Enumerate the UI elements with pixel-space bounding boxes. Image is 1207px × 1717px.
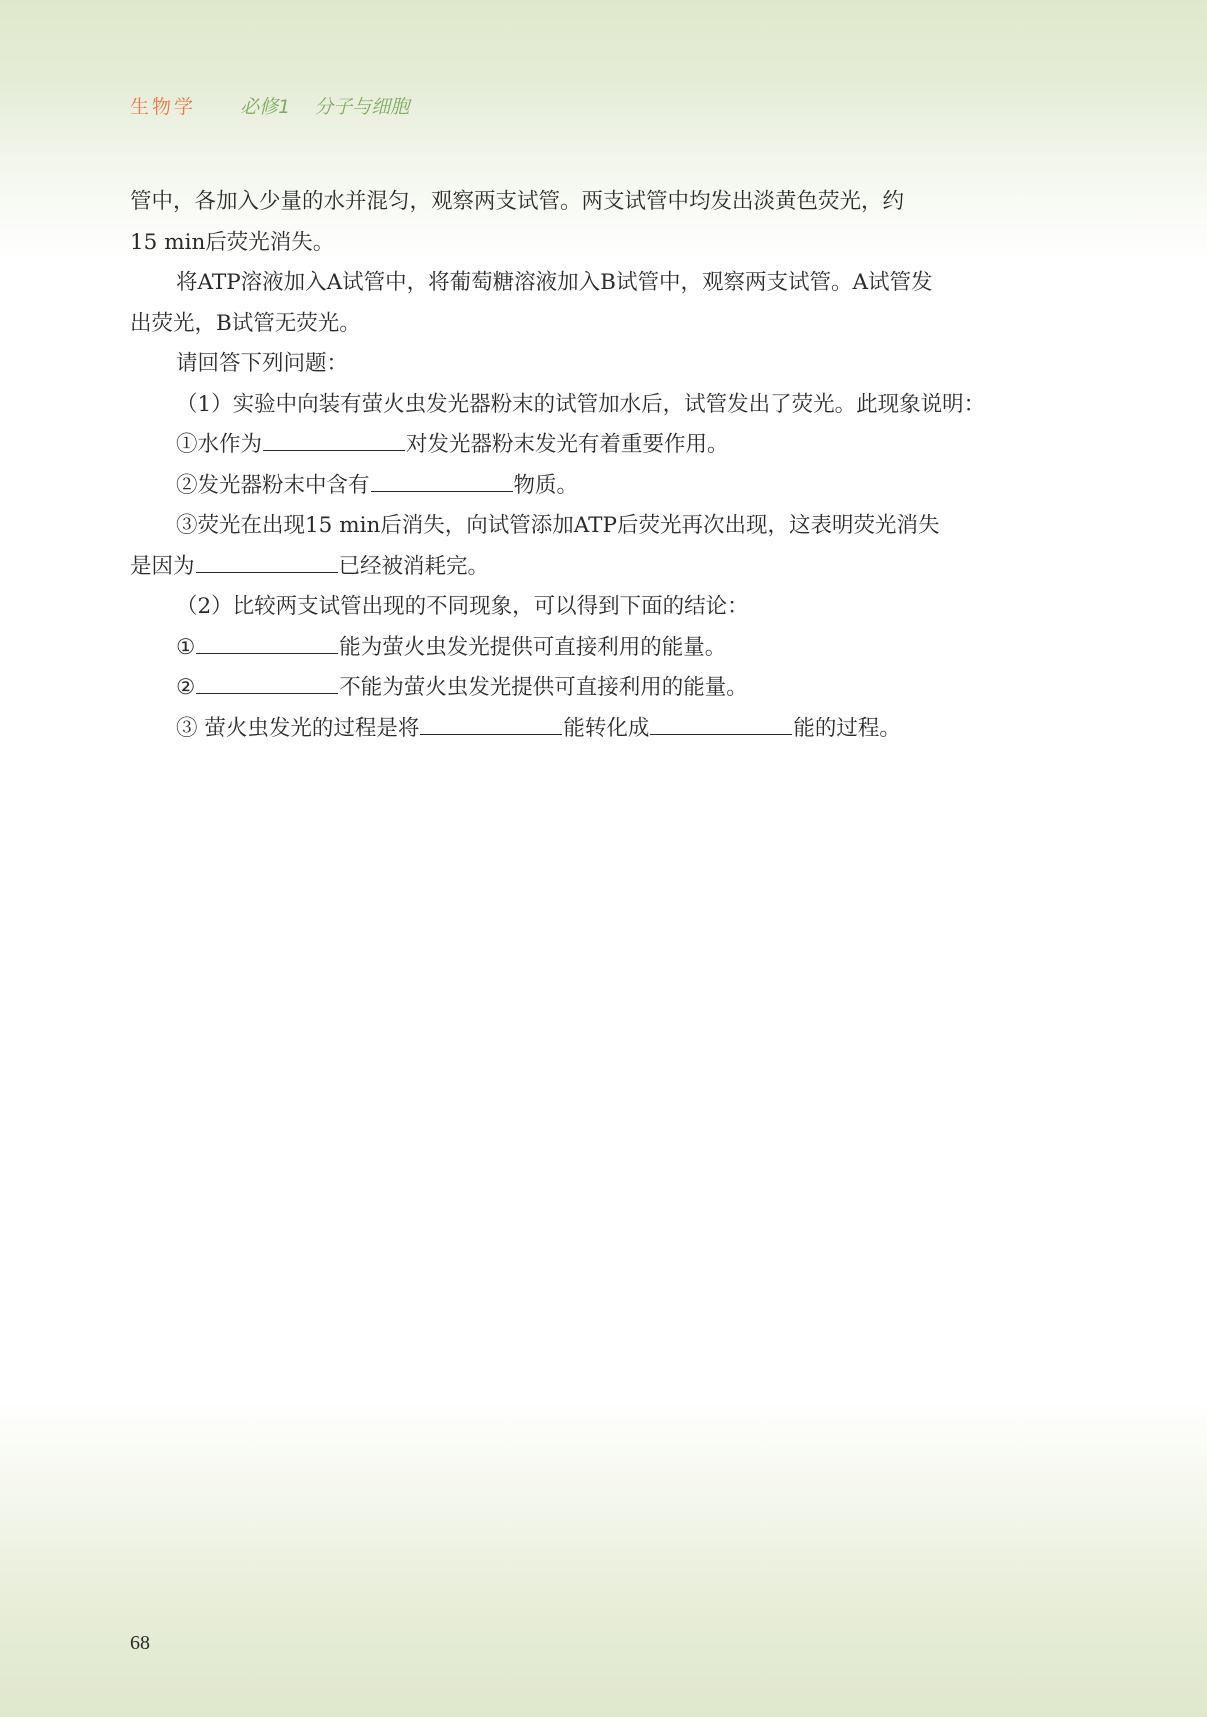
answer-blank[interactable] <box>196 550 338 573</box>
item-text: ② <box>176 675 195 700</box>
answer-blank[interactable] <box>196 671 338 694</box>
page-body: 管中，各加入少量的水并混匀，观察两支试管。两支试管中均发出淡黄色荧光，约 15 … <box>130 182 1038 749</box>
item-text: ① <box>176 635 195 660</box>
item-text: ①水作为 <box>176 432 262 457</box>
question-2-item-2: ②不能为萤火虫发光提供可直接利用的能量。 <box>130 668 1038 709</box>
question-2-item-3: ③ 萤火虫发光的过程是将能转化成能的过程。 <box>130 709 1038 750</box>
question-1: （1）实验中向装有萤火虫发光器粉末的试管加水后，试管发出了荧光。此现象说明： <box>130 385 1038 426</box>
answer-blank[interactable] <box>650 712 792 735</box>
item-text: 是因为 <box>130 554 195 579</box>
question-1-item-2: ②发光器粉末中含有物质。 <box>130 466 1038 507</box>
item-text: ③ 萤火虫发光的过程是将 <box>176 716 419 741</box>
answer-blank[interactable] <box>263 428 405 451</box>
answer-blank[interactable] <box>196 631 338 654</box>
question-1-item-3: ③荧光在出现15 min后消失，向试管添加ATP后荧光再次出现，这表明荧光消失 <box>130 506 1038 547</box>
paragraph-line: 15 min后荧光消失。 <box>130 223 1038 264</box>
paragraph-line: 将ATP溶液加入A试管中，将葡萄糖溶液加入B试管中，观察两支试管。A试管发 <box>130 263 1038 304</box>
item-text: 能的过程。 <box>793 716 901 741</box>
paragraph-line: 管中，各加入少量的水并混匀，观察两支试管。两支试管中均发出淡黄色荧光，约 <box>130 182 1038 223</box>
question-prompt: 请回答下列问题： <box>130 344 1038 385</box>
volume-label: 必修1 <box>240 96 290 118</box>
paragraph-line: 出荧光，B试管无荧光。 <box>130 304 1038 345</box>
page-number: 68 <box>130 1632 150 1655</box>
item-text: 能转化成 <box>563 716 649 741</box>
item-text: ②发光器粉末中含有 <box>176 473 370 498</box>
answer-blank[interactable] <box>371 469 513 492</box>
item-text: 物质。 <box>514 473 579 498</box>
item-text: 已经被消耗完。 <box>339 554 490 579</box>
question-1-item-3-continued: 是因为已经被消耗完。 <box>130 547 1038 588</box>
answer-blank[interactable] <box>420 712 562 735</box>
question-2: （2）比较两支试管出现的不同现象，可以得到下面的结论： <box>130 587 1038 628</box>
book-title: 分子与细胞 <box>314 96 409 118</box>
item-text: 能为萤火虫发光提供可直接利用的能量。 <box>339 635 726 660</box>
question-1-item-1: ①水作为对发光器粉末发光有着重要作用。 <box>130 425 1038 466</box>
item-text: 不能为萤火虫发光提供可直接利用的能量。 <box>339 675 748 700</box>
item-text: 对发光器粉末发光有着重要作用。 <box>406 432 729 457</box>
subject-title: 生物学 <box>130 96 196 118</box>
question-2-item-1: ①能为萤火虫发光提供可直接利用的能量。 <box>130 628 1038 669</box>
running-header: 生物学 必修1 分子与细胞 <box>130 92 409 119</box>
